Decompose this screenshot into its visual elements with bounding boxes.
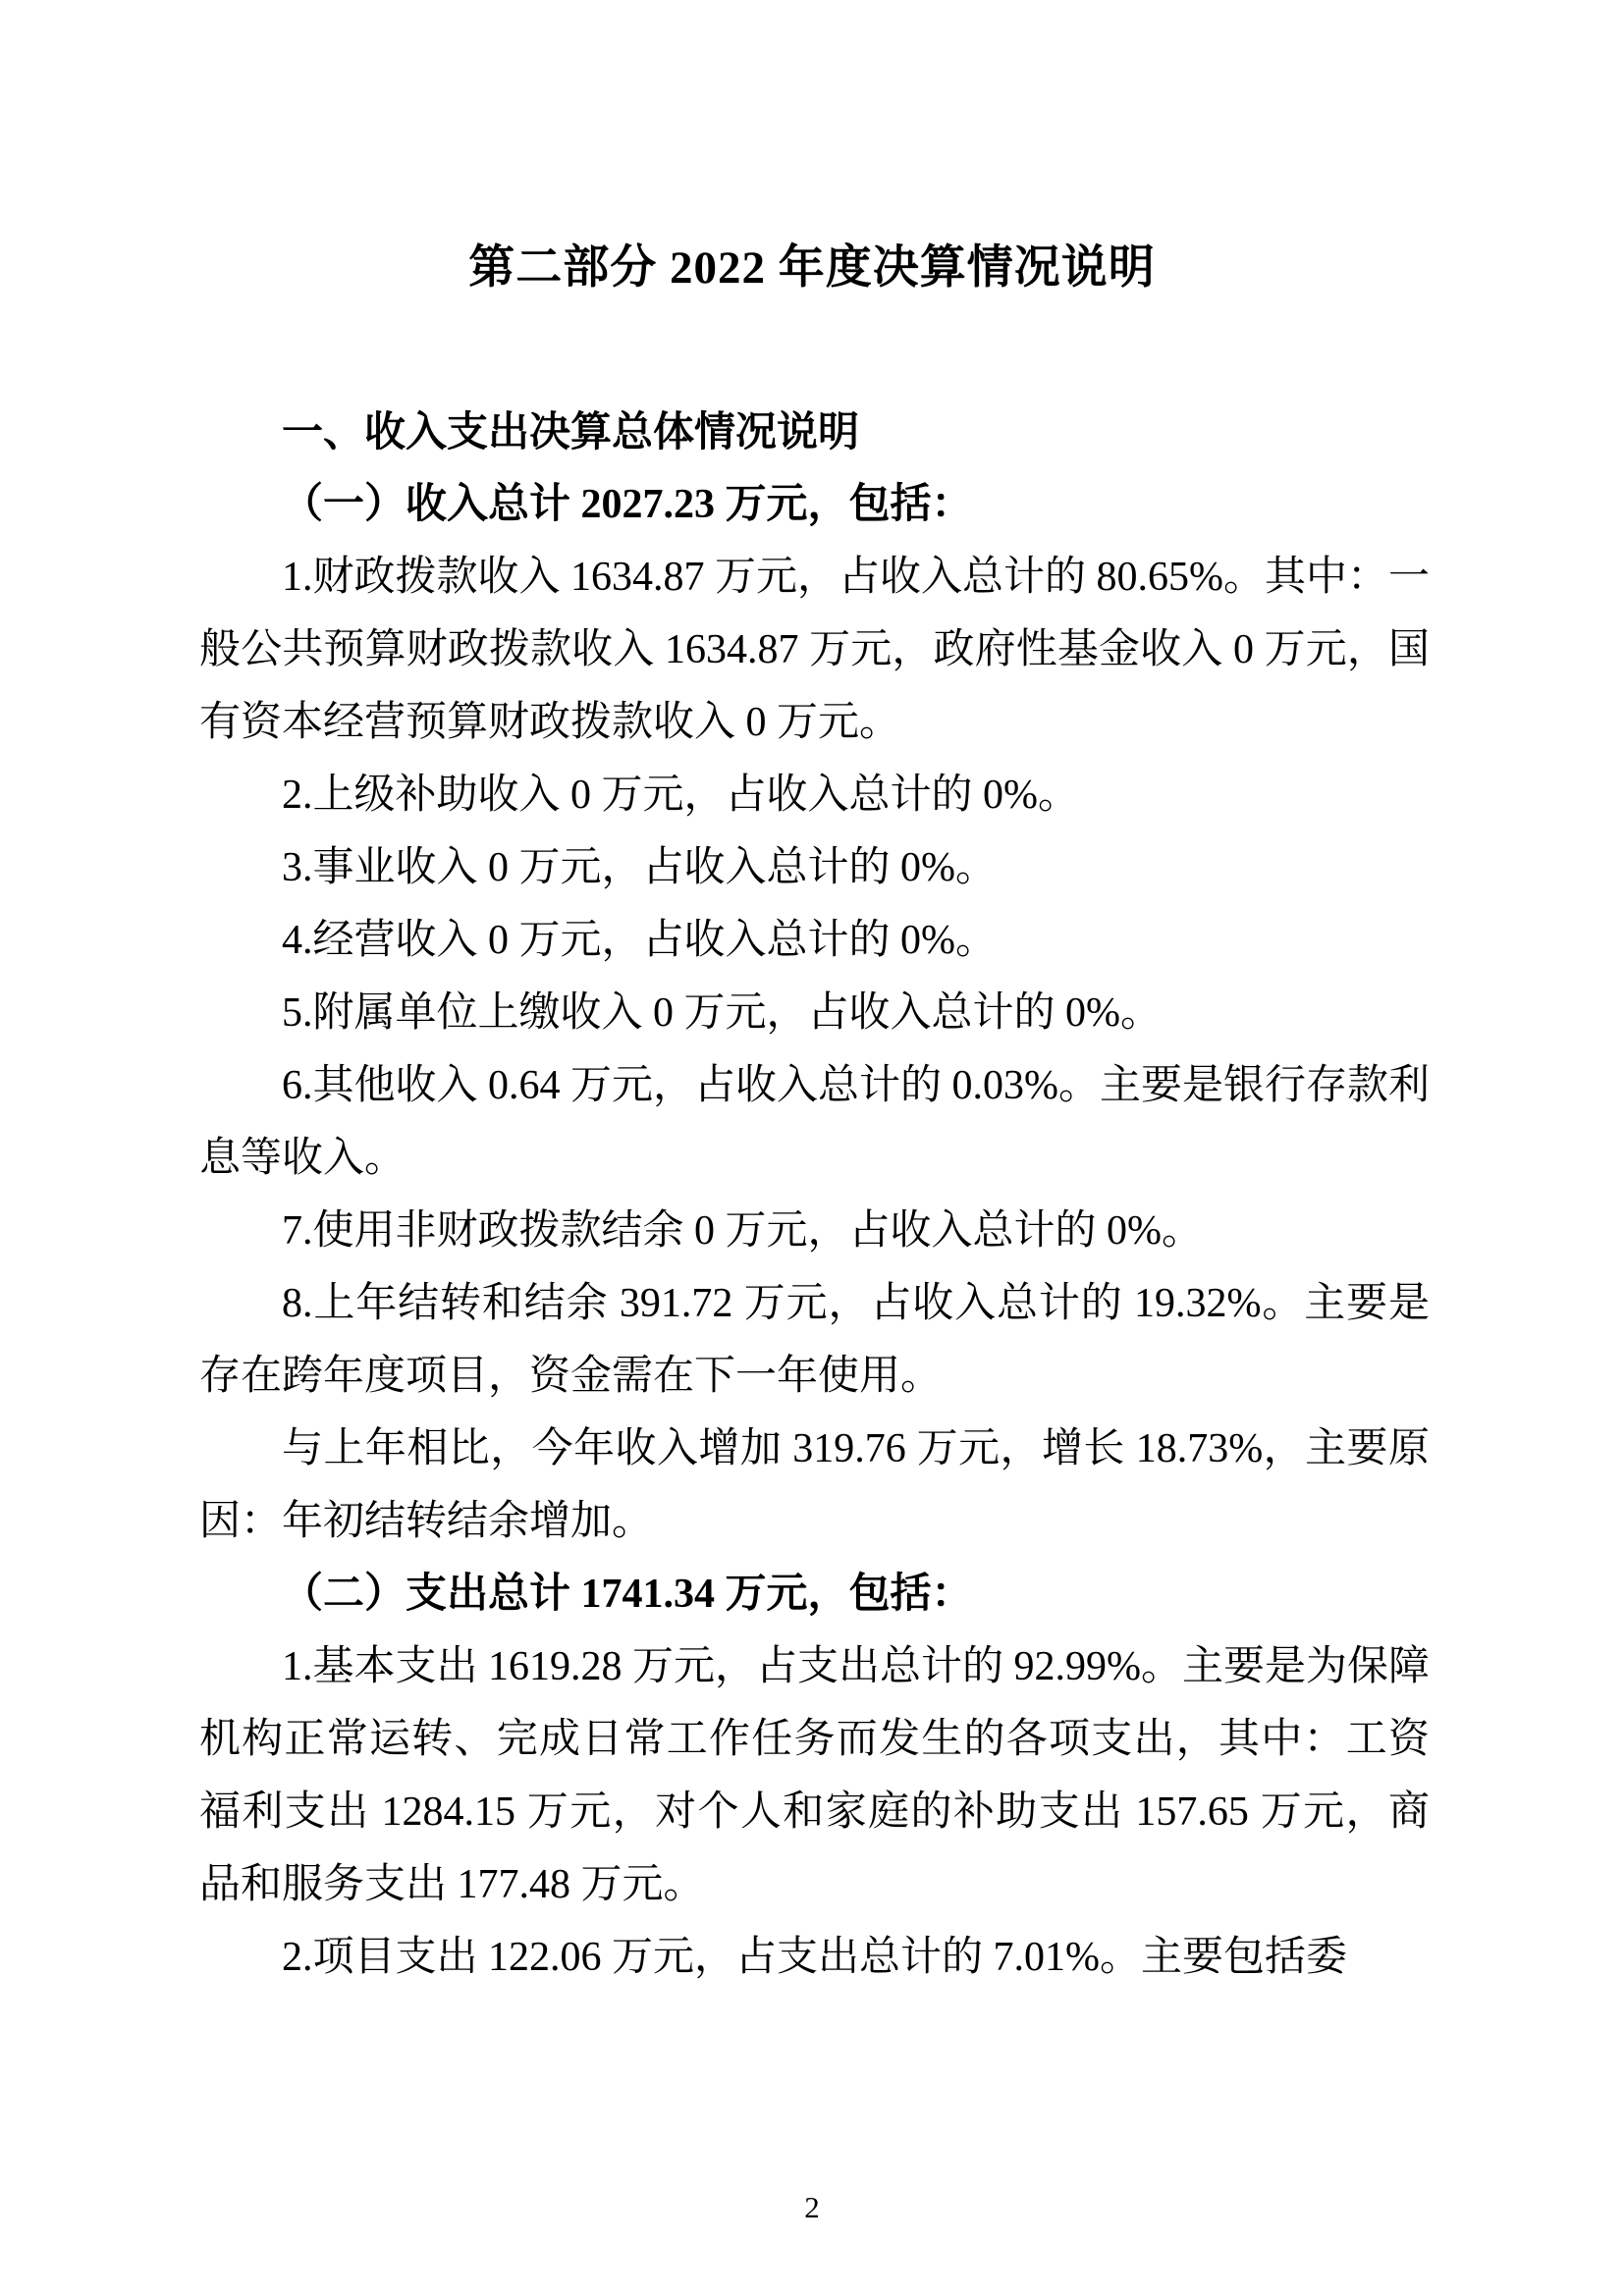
paragraph-basic-expenditure: 1.基本支出 1619.28 万元，占支出总计的 92.99%。主要是为保障机构… xyxy=(199,1630,1430,1921)
document-page: 第二部分 2022 年度决算情况说明 一、收入支出决算总体情况说明 （一）收入总… xyxy=(0,0,1624,2296)
paragraph-superior-subsidy-income: 2.上级补助收入 0 万元，占收入总计的 0%。 xyxy=(199,759,1430,831)
paragraph-institutional-income: 3.事业收入 0 万元，占收入总计的 0%。 xyxy=(199,831,1430,904)
subsection-heading-expenditure-total: （二）支出总计 1741.34 万元，包括： xyxy=(199,1558,1430,1630)
section-heading-overview: 一、收入支出决算总体情况说明 xyxy=(199,396,1430,468)
paragraph-other-income: 6.其他收入 0.64 万元，占收入总计的 0.03%。主要是银行存款利息等收入… xyxy=(199,1049,1430,1195)
paragraph-non-fiscal-balance: 7.使用非财政拨款结余 0 万元，占收入总计的 0%。 xyxy=(199,1195,1430,1267)
document-body: 一、收入支出决算总体情况说明 （一）收入总计 2027.23 万元，包括： 1.… xyxy=(199,396,1430,1994)
paragraph-operating-income: 4.经营收入 0 万元，占收入总计的 0%。 xyxy=(199,904,1430,977)
subsection-heading-income-total: （一）收入总计 2027.23 万元，包括： xyxy=(199,468,1430,541)
document-title: 第二部分 2022 年度决算情况说明 xyxy=(0,239,1624,297)
paragraph-fiscal-allocation-income: 1.财政拨款收入 1634.87 万元，占收入总计的 80.65%。其中：一般公… xyxy=(199,541,1430,759)
paragraph-prior-year-carryover: 8.上年结转和结余 391.72 万元，占收入总计的 19.32%。主要是存在跨… xyxy=(199,1267,1430,1413)
paragraph-year-over-year-comparison: 与上年相比，今年收入增加 319.76 万元，增长 18.73%，主要原因：年初… xyxy=(199,1413,1430,1558)
paragraph-project-expenditure: 2.项目支出 122.06 万元，占支出总计的 7.01%。主要包括委 xyxy=(199,1921,1430,1994)
page-number: 2 xyxy=(0,2191,1624,2224)
paragraph-affiliated-unit-income: 5.附属单位上缴收入 0 万元，占收入总计的 0%。 xyxy=(199,977,1430,1049)
